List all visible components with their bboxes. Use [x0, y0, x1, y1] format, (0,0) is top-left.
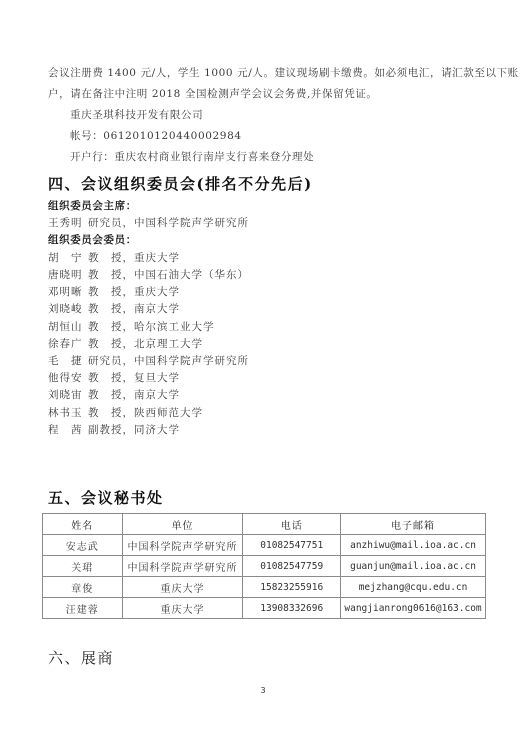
member-name: 胡恒山	[48, 320, 84, 334]
member-title: 研究员，中国科学院声学研究所	[88, 354, 249, 368]
member-title: 教 授，中国石油大学（华东）	[88, 268, 249, 282]
member-entry: 程 茜 副教授，同济大学	[48, 423, 180, 437]
chair-entry: 王秀明 研究员，中国科学院声学研究所	[48, 216, 249, 230]
member-entry: 刘晓峻 教 授，南京大学	[48, 302, 180, 316]
bank-account-number: 帐号：0612010120440002984	[70, 129, 242, 143]
member-title: 教 授，南京大学	[88, 388, 180, 402]
member-entry: 胡 宁 教 授，重庆大学	[48, 251, 180, 265]
column-header-affiliation: 单位	[122, 514, 243, 535]
cell-email: guanjun@mail.ioa.ac.cn	[341, 556, 486, 577]
member-name: 毛 捷	[48, 354, 84, 368]
member-title: 教 授，复旦大学	[88, 371, 180, 385]
member-name: 邓明晰	[48, 285, 84, 299]
member-title: 教 授，重庆大学	[88, 251, 180, 265]
member-name: 程 茜	[48, 423, 84, 437]
payment-text-line-1: 会议注册费 1400 元/人，学生 1000 元/人。建议现场刷卡缴费。如必须电…	[48, 66, 519, 80]
cell-name: 关珺	[43, 556, 123, 577]
document-page: 会议注册费 1400 元/人，学生 1000 元/人。建议现场刷卡缴费。如必须电…	[0, 0, 526, 745]
member-title: 教 授，重庆大学	[88, 285, 180, 299]
member-name: 刘晓峻	[48, 302, 84, 316]
cell-email: mejzhang@cqu.edu.cn	[341, 577, 486, 598]
section-6-heading: 六、展商	[48, 647, 114, 668]
member-title: 副教授，同济大学	[88, 423, 180, 437]
secretariat-table: 姓名 单位 电话 电子邮箱 安志武 中国科学院声学研究所 01082547751…	[42, 513, 486, 619]
cell-phone: 13908332696	[243, 598, 341, 619]
member-name: 王秀明	[48, 216, 84, 230]
cell-name: 章俊	[43, 577, 123, 598]
member-name: 刘晓宙	[48, 388, 84, 402]
table-row: 安志武 中国科学院声学研究所 01082547751 anzhiwu@mail.…	[43, 535, 486, 556]
member-entry: 唐晓明 教 授，中国石油大学（华东）	[48, 268, 249, 282]
table-row: 关珺 中国科学院声学研究所 01082547759 guanjun@mail.i…	[43, 556, 486, 577]
member-title: 教 授，北京理工大学	[88, 337, 203, 351]
cell-name: 安志武	[43, 535, 123, 556]
member-entry: 他得安 教 授，复旦大学	[48, 371, 180, 385]
column-header-email: 电子邮箱	[341, 514, 486, 535]
payment-text-line-2: 户，请在备注中注明 2018 全国检测声学会议会务费,并保留凭证。	[48, 87, 378, 101]
section-4-heading: 四、会议组织委员会(排名不分先后)	[48, 173, 313, 194]
cell-email: anzhiwu@mail.ioa.ac.cn	[341, 535, 486, 556]
column-header-name: 姓名	[43, 514, 123, 535]
cell-phone: 01082547759	[243, 556, 341, 577]
member-title: 教 授，陕西师范大学	[88, 406, 203, 420]
chair-label: 组织委员会主席：	[48, 199, 137, 213]
cell-email: wangjianrong0616@163.com	[341, 598, 486, 619]
members-label: 组织委员会委员：	[48, 233, 137, 247]
cell-name: 汪建蓉	[43, 598, 123, 619]
table-row: 章俊 重庆大学 15823255916 mejzhang@cqu.edu.cn	[43, 577, 486, 598]
payee-company: 重庆圣琪科技开发有限公司	[70, 108, 203, 122]
member-entry: 林书玉 教 授，陕西师范大学	[48, 406, 203, 420]
table-row: 汪建蓉 重庆大学 13908332696 wangjianrong0616@16…	[43, 598, 486, 619]
cell-phone: 01082547751	[243, 535, 341, 556]
member-entry: 刘晓宙 教 授，南京大学	[48, 388, 180, 402]
member-entry: 毛 捷 研究员，中国科学院声学研究所	[48, 354, 249, 368]
column-header-phone: 电话	[243, 514, 341, 535]
member-name: 唐晓明	[48, 268, 84, 282]
member-entry: 徐春广 教 授，北京理工大学	[48, 337, 203, 351]
section-5-heading: 五、会议秘书处	[48, 487, 164, 508]
table-header-row: 姓名 单位 电话 电子邮箱	[43, 514, 486, 535]
member-title: 教 授，南京大学	[88, 302, 180, 316]
cell-phone: 15823255916	[243, 577, 341, 598]
member-name: 胡 宁	[48, 251, 84, 265]
member-name: 他得安	[48, 371, 84, 385]
cell-affiliation: 中国科学院声学研究所	[122, 535, 243, 556]
member-title: 教 授，哈尔滨工业大学	[88, 320, 215, 334]
page-number: 3	[0, 686, 526, 695]
member-entry: 邓明晰 教 授，重庆大学	[48, 285, 180, 299]
member-title: 研究员，中国科学院声学研究所	[88, 216, 249, 230]
member-entry: 胡恒山 教 授，哈尔滨工业大学	[48, 320, 215, 334]
cell-affiliation: 重庆大学	[122, 577, 243, 598]
cell-affiliation: 重庆大学	[122, 598, 243, 619]
cell-affiliation: 中国科学院声学研究所	[122, 556, 243, 577]
member-name: 林书玉	[48, 406, 84, 420]
bank-name: 开户行：重庆农村商业银行南岸支行喜来登分理处	[70, 150, 314, 164]
member-name: 徐春广	[48, 337, 84, 351]
